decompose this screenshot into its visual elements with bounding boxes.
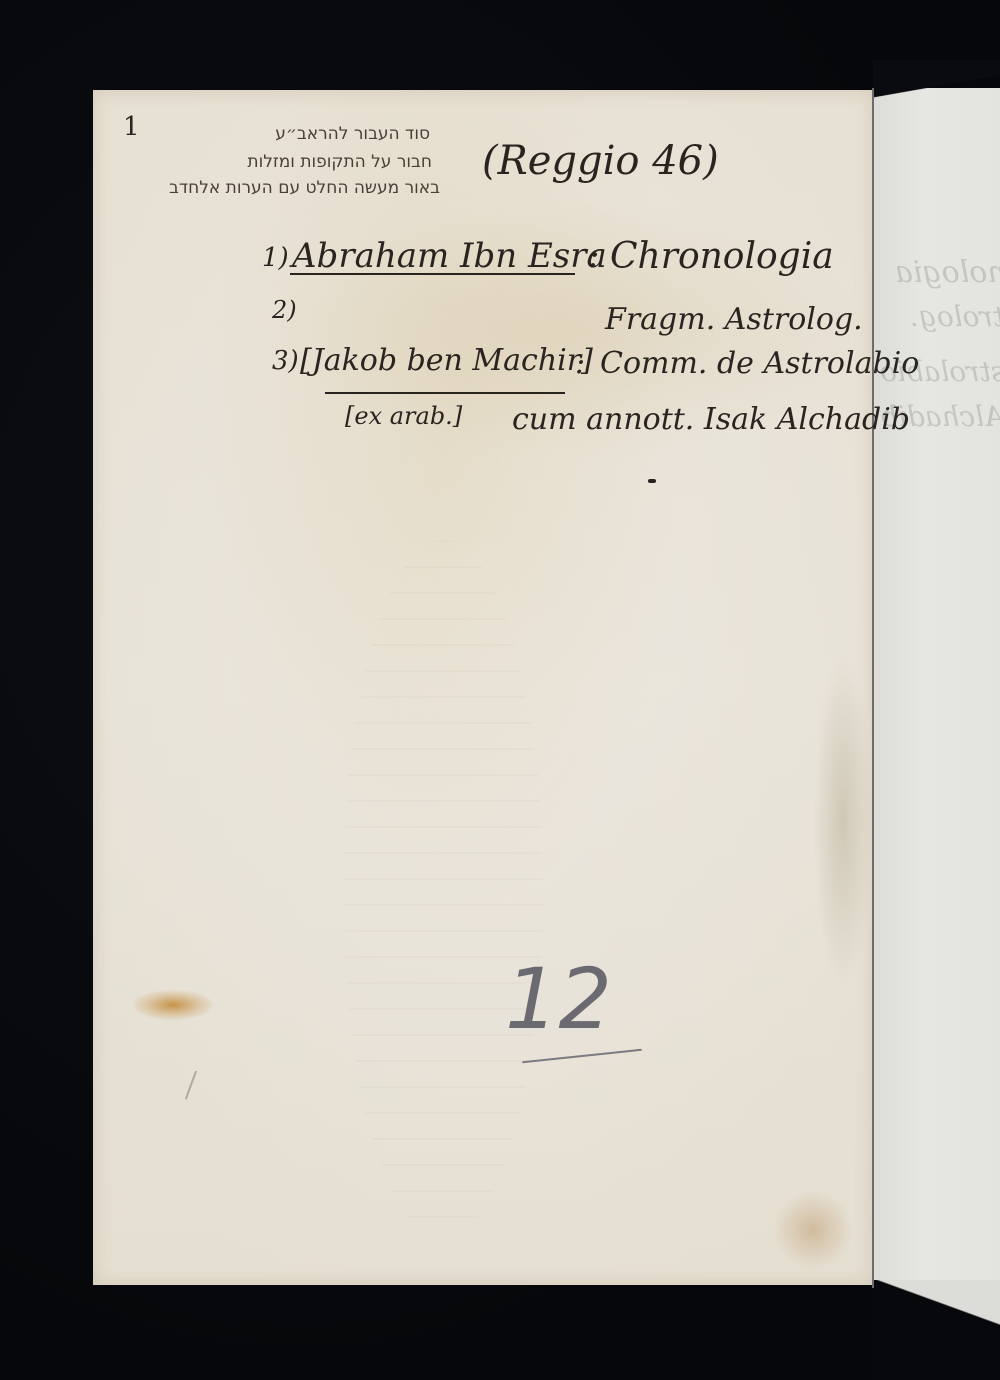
item-1-author: Abraham Ibn Esra	[292, 236, 607, 276]
item-3-author-underline	[325, 392, 565, 394]
item-1-number: 1)	[262, 243, 289, 273]
item-3-separator: :	[575, 346, 585, 381]
interleaf-bottom-shadow	[873, 1280, 1000, 1380]
folio-number: 1	[123, 112, 140, 142]
item-3-author: [Jakob ben Machir]	[300, 343, 593, 378]
item-1-separator: :	[588, 236, 599, 276]
item-3-number: 3)	[272, 346, 299, 376]
interleaf-ghost-line-1: Chronologia	[895, 255, 1000, 290]
foxing-stain	[133, 990, 213, 1020]
show-through-text	[343, 540, 543, 1240]
foxing-spots	[773, 1190, 853, 1270]
page-gutter-edge	[872, 88, 874, 1288]
item-2-title: Fragm. Astrolog.	[605, 302, 863, 337]
item-3-continuation: cum annott. Isak Alchadib	[512, 402, 910, 437]
shelfmark: (Reggio 46)	[482, 138, 719, 184]
pencil-number: 12	[505, 950, 612, 1048]
item-1-author-underline	[290, 273, 575, 275]
item-3-note: [ex arab.]	[345, 402, 462, 430]
interleaf-ghost-line-2: Astrolog.	[910, 300, 1000, 333]
ink-blot	[648, 479, 656, 483]
item-2-number: 2)	[272, 296, 297, 324]
item-3-title: Comm. de Astrolabio	[600, 346, 919, 381]
item-1-title: Chronologia	[610, 236, 834, 277]
hebrew-title-line-3: באור מעשה החלט עם הערות אלחדב	[169, 178, 440, 198]
interleaf-top-shadow	[873, 60, 1000, 120]
hebrew-title-line-1: סוד העבור להראב״ע	[275, 124, 430, 144]
hebrew-title-line-2: חבור על התקופות ומזלות	[247, 152, 432, 172]
edge-water-stain	[813, 650, 873, 990]
